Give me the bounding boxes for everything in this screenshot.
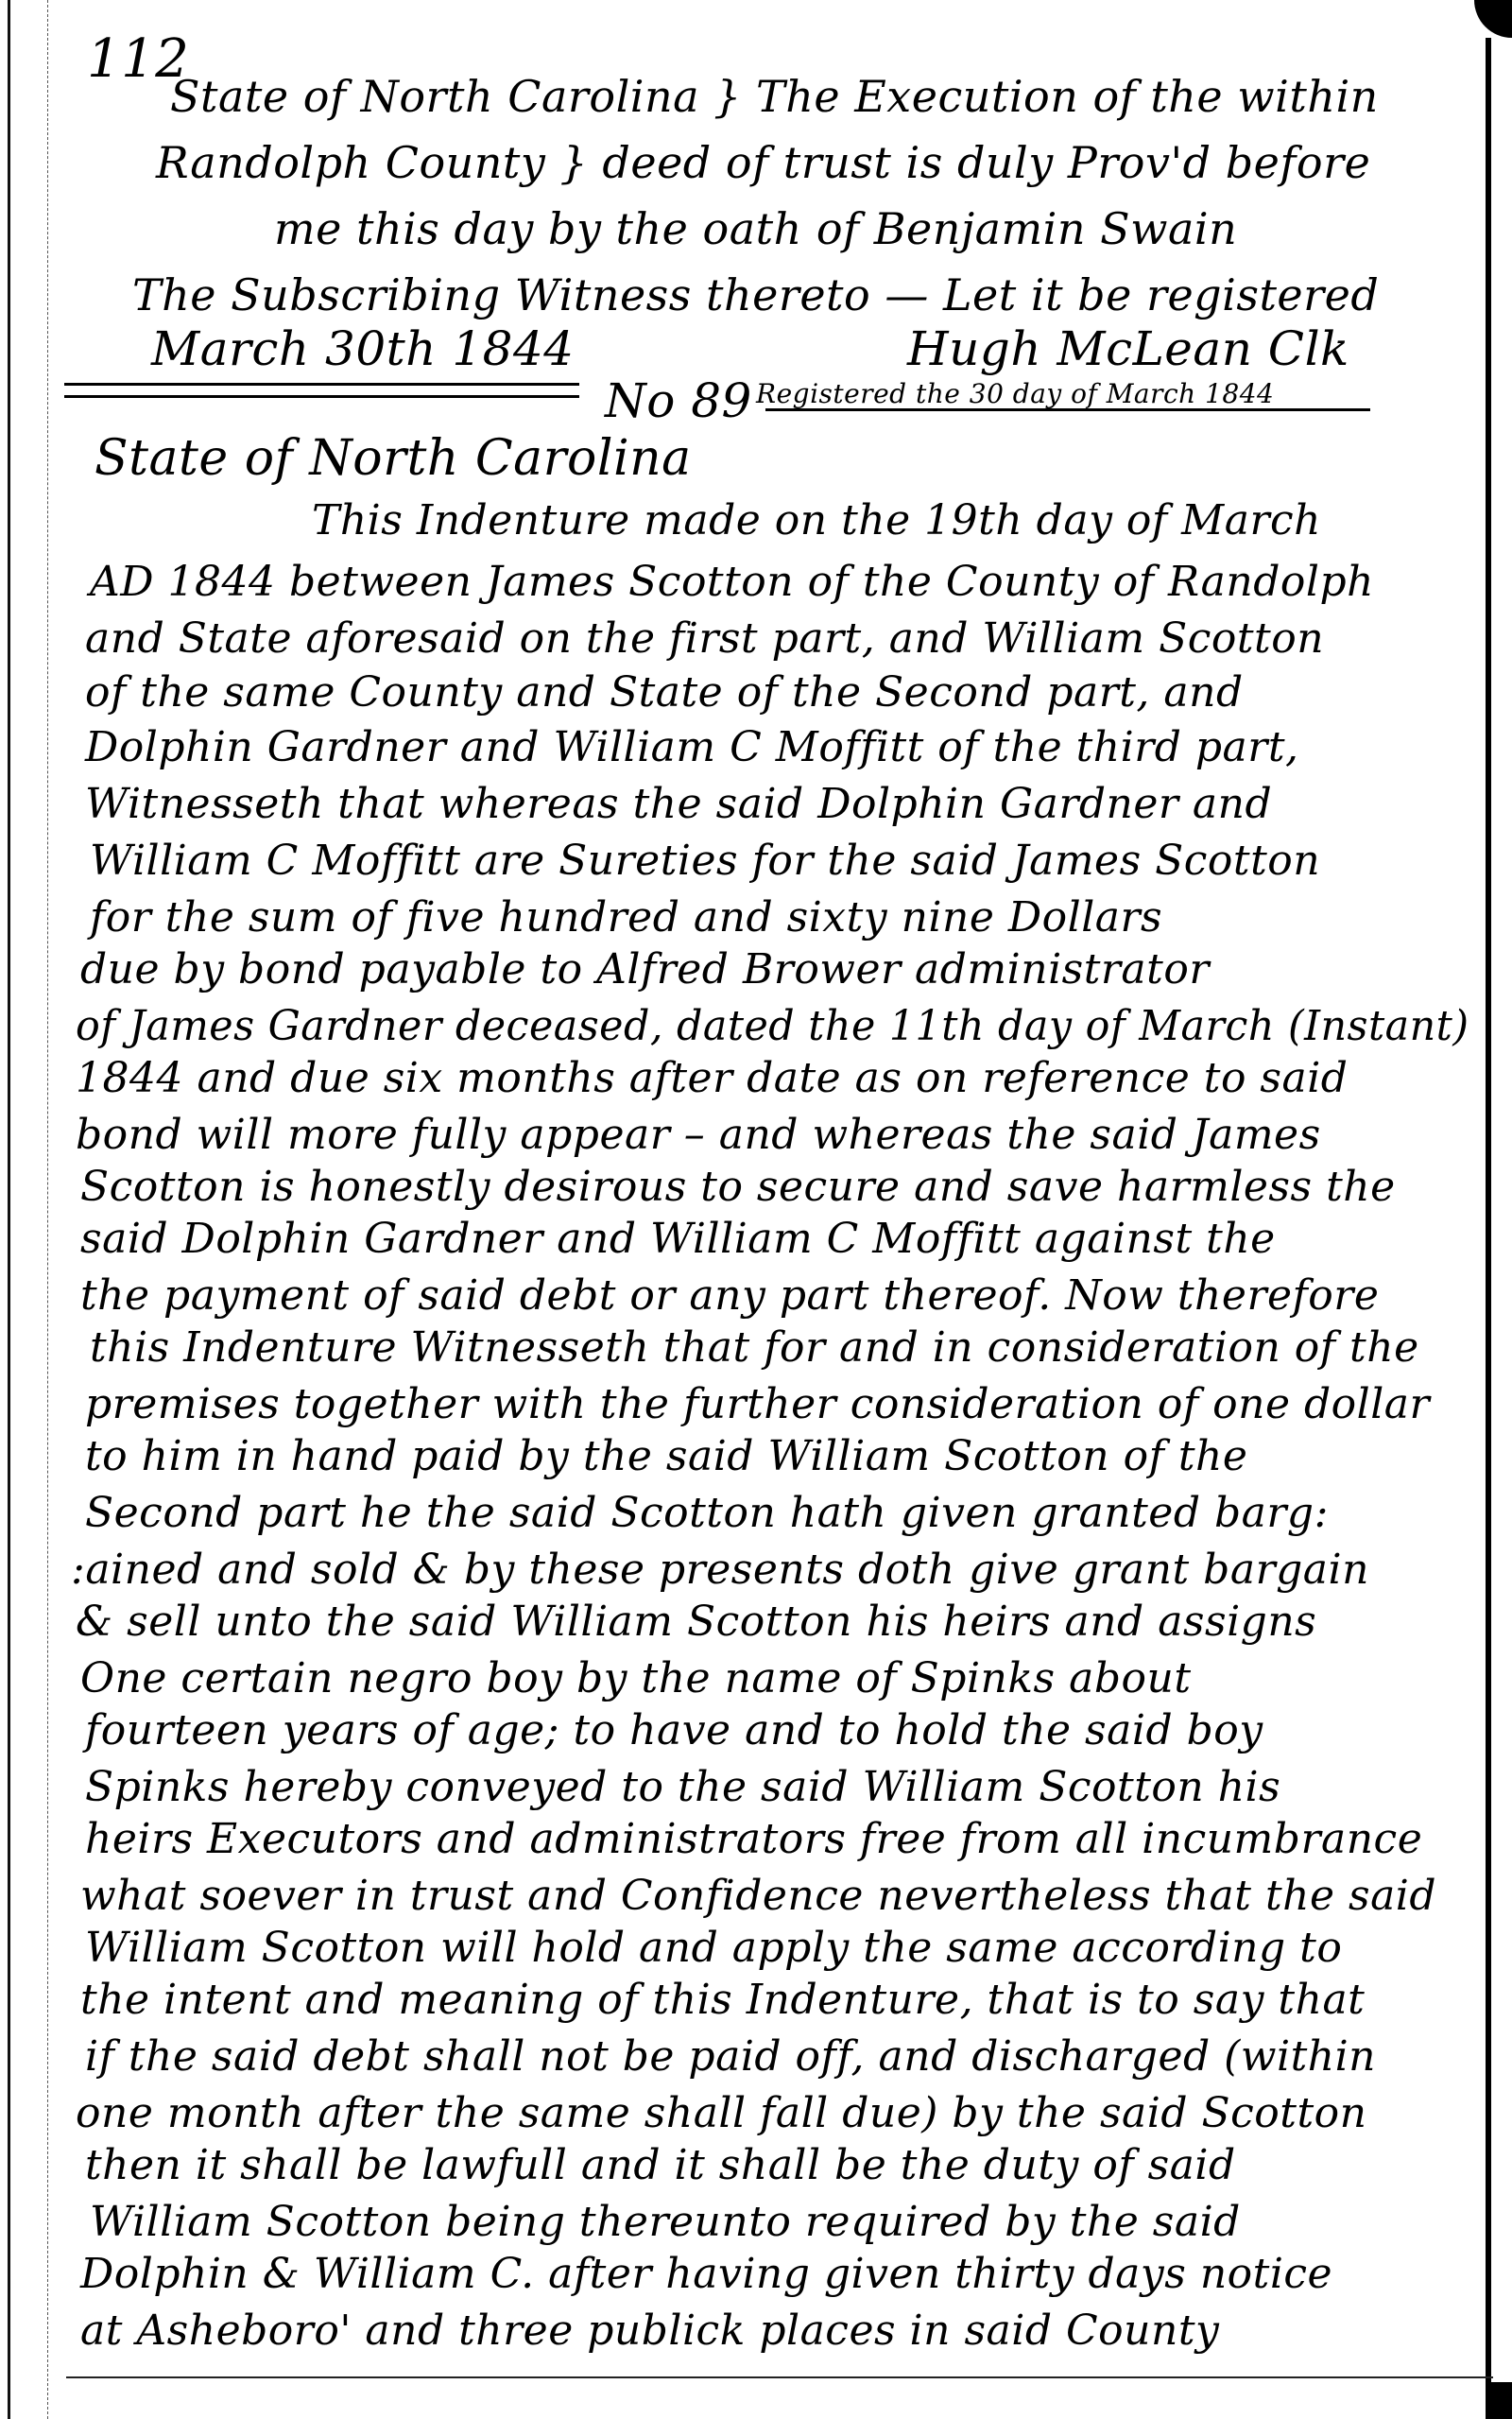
body-line: at Asheboro' and three publick places in… <box>80 2307 1219 2355</box>
certificate-line-1: State of North Carolina } The Execution … <box>170 71 1379 122</box>
body-line: Scotton is honestly desirous to secure a… <box>80 1163 1396 1211</box>
body-line: William Scotton being thereunto required… <box>90 2198 1241 2246</box>
deed-heading: State of North Carolina <box>94 430 692 487</box>
body-line: Dolphin & William C. after having given … <box>80 2250 1332 2298</box>
body-line: the payment of said debt or any part the… <box>80 1271 1379 1320</box>
clerk-signature: Hugh McLean Clk <box>907 321 1349 376</box>
body-line: premises together with the further consi… <box>85 1380 1430 1428</box>
body-line: of the same County and State of the Seco… <box>85 668 1244 717</box>
page-bottom-rule <box>66 2376 1493 2378</box>
page-margin-line <box>47 0 49 2419</box>
body-line: One certain negro boy by the name of Spi… <box>80 1654 1192 1702</box>
body-line: Witnesseth that whereas the said Dolphin… <box>85 780 1272 828</box>
registration-underline <box>765 408 1370 411</box>
body-line: :ained and sold & by these presents doth… <box>71 1546 1369 1594</box>
body-line: and State aforesaid on the first part, a… <box>85 614 1324 663</box>
page-corner-top-right <box>1474 0 1512 38</box>
certificate-line-2: Randolph County } deed of trust is duly … <box>156 137 1370 188</box>
body-line: one month after the same shall fall due)… <box>76 2089 1366 2137</box>
registration-note: Registered the 30 day of March 1844 <box>756 378 1274 409</box>
body-line: for the sum of five hundred and sixty ni… <box>90 893 1162 942</box>
separator-rule-1 <box>64 383 579 386</box>
body-line: 1844 and due six months after date as on… <box>76 1054 1348 1102</box>
body-line: if the said debt shall not be paid off, … <box>85 2032 1376 2081</box>
body-line: Dolphin Gardner and William C Moffitt of… <box>85 723 1299 771</box>
page-left-border <box>8 0 10 2419</box>
body-line: William C Moffitt are Sureties for the s… <box>90 837 1320 885</box>
body-line: Second part he the said Scotton hath giv… <box>85 1489 1329 1537</box>
certificate-line-4: The Subscribing Witness thereto — Let it… <box>132 269 1379 320</box>
separator-rule-2 <box>64 395 579 398</box>
body-line: what soever in trust and Confidence neve… <box>80 1872 1436 1920</box>
body-line: then it shall be lawfull and it shall be… <box>85 2141 1236 2189</box>
body-line: this Indenture Witnesseth that for and i… <box>90 1323 1419 1372</box>
page-corner-bottom-right <box>1486 2382 1512 2419</box>
body-line: the intent and meaning of this Indenture… <box>80 1976 1365 2024</box>
body-line: bond will more fully appear – and wherea… <box>76 1111 1321 1159</box>
body-line: fourteen years of age; to have and to ho… <box>85 1706 1263 1754</box>
body-line: This Indenture made on the 19th day of M… <box>312 496 1321 544</box>
page-right-border <box>1486 38 1491 2392</box>
body-line: of James Gardner deceased, dated the 11t… <box>76 1002 1469 1050</box>
ledger-page: 112 State of North Carolina } The Execut… <box>0 0 1512 2419</box>
certificate-date: March 30th 1844 <box>151 321 575 376</box>
body-line: to him in hand paid by the said William … <box>85 1432 1247 1480</box>
body-line: due by bond payable to Alfred Brower adm… <box>80 945 1210 994</box>
record-number: No 89 <box>605 373 752 428</box>
body-line: said Dolphin Gardner and William C Moffi… <box>80 1215 1276 1263</box>
body-line: Spinks hereby conveyed to the said Willi… <box>85 1763 1280 1811</box>
body-line: William Scotton will hold and apply the … <box>85 1924 1342 1972</box>
body-line: & sell unto the said William Scotton his… <box>76 1598 1316 1646</box>
body-line: heirs Executors and administrators free … <box>85 1815 1422 1863</box>
certificate-line-3: me this day by the oath of Benjamin Swai… <box>274 203 1237 254</box>
body-line: AD 1844 between James Scotton of the Cou… <box>90 558 1374 606</box>
